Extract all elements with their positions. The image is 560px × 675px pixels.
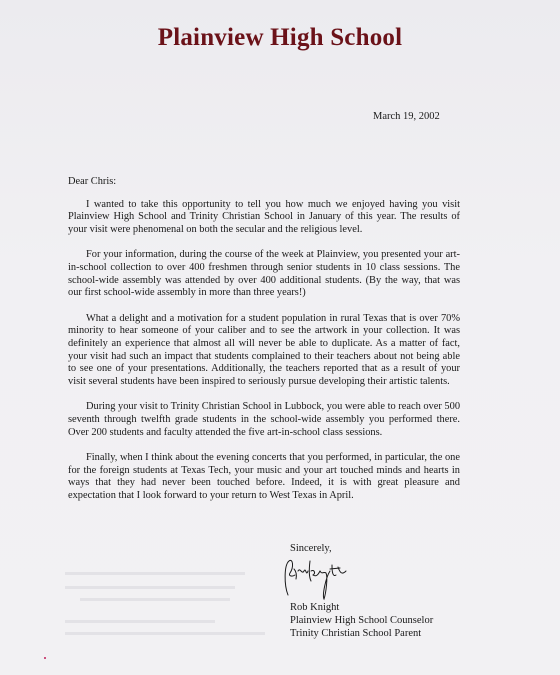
paper-speck (44, 657, 46, 659)
letterhead-school-name: Plainview High School (0, 24, 560, 52)
signature-icon (280, 555, 360, 605)
paragraph-4: During your visit to Trinity Christian S… (68, 401, 460, 439)
letter-page: Plainview High School March 19, 2002 Dea… (0, 0, 560, 675)
faint-bleedthrough (65, 586, 235, 589)
paragraph-5: Finally, when I think about the evening … (68, 452, 460, 502)
faint-bleedthrough (80, 598, 230, 601)
signer-title-2: Trinity Christian School Parent (290, 628, 433, 641)
signer-name: Rob Knight (290, 602, 433, 615)
signer-block: Rob Knight Plainview High School Counsel… (290, 602, 433, 640)
paragraph-3: What a delight and a motivation for a st… (68, 313, 460, 389)
letter-date: March 19, 2002 (373, 111, 440, 122)
salutation: Dear Chris: (68, 176, 460, 189)
signer-title-1: Plainview High School Counselor (290, 615, 433, 628)
faint-bleedthrough (65, 632, 265, 635)
letter-body: Dear Chris: I wanted to take this opport… (68, 176, 460, 515)
paragraph-2: For your information, during the course … (68, 249, 460, 299)
faint-bleedthrough (65, 620, 215, 623)
faint-bleedthrough (65, 572, 245, 575)
closing: Sincerely, (290, 543, 332, 554)
paragraph-1: I wanted to take this opportunity to tel… (68, 199, 460, 237)
